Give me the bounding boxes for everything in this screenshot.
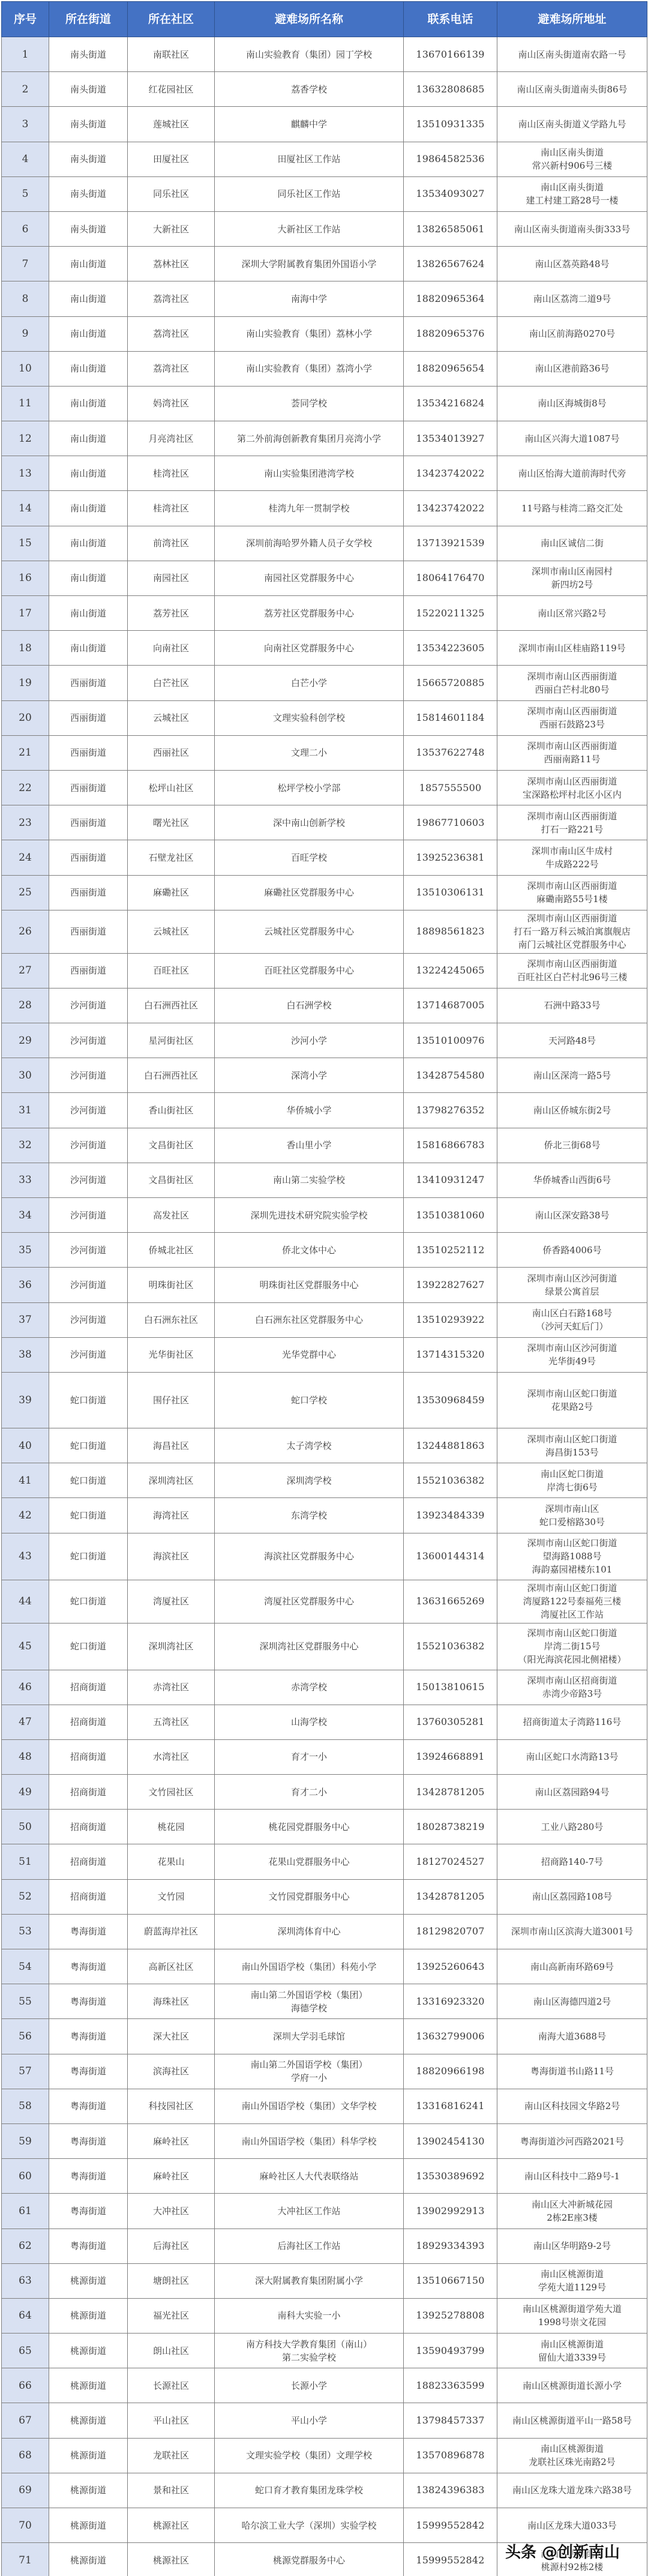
address-cell: 深圳市南山区沙河街道 绿景公寓首层 [497,1268,647,1302]
table-row: 47招商街道五湾社区山海学校13760305281招商街道太子湾路116号 [2,1705,647,1739]
street-cell: 蛇口街道 [49,1623,128,1670]
street-cell: 南头街道 [49,107,128,142]
phone-cell: 18129820707 [404,1914,497,1949]
row-index: 23 [2,805,49,840]
community-cell: 前湾社区 [128,526,215,561]
street-cell: 桃源街道 [49,2298,128,2333]
shelter-name-cell: 蛇口学校 [215,1372,404,1428]
table-row: 14南山街道桂湾社区桂湾九年一贯制学校1342374202211号路与桂湾二路交… [2,491,647,526]
shelter-name-cell: 桃源党群服务中心 [215,2543,404,2576]
phone-cell: 13713921539 [404,526,497,561]
row-index: 38 [2,1337,49,1372]
table-row: 6南头街道大新社区大新社区工作站13826585061南山区南头街道南头街333… [2,211,647,246]
community-cell: 香山街社区 [128,1093,215,1128]
shelter-name-cell: 深中南山创新学校 [215,805,404,840]
community-cell: 大新社区 [128,211,215,246]
row-index: 65 [2,2334,49,2368]
street-cell: 西丽街道 [49,840,128,875]
street-cell: 沙河街道 [49,1337,128,1372]
phone-cell: 15814601184 [404,700,497,735]
community-cell: 湾厦社区 [128,1580,215,1623]
community-cell: 向南社区 [128,631,215,666]
row-index: 40 [2,1428,49,1463]
phone-cell: 13530968459 [404,1372,497,1428]
community-cell: 云城社区 [128,700,215,735]
shelter-name-cell: 明珠街社区党群服务中心 [215,1268,404,1302]
community-cell: 水湾社区 [128,1739,215,1774]
community-cell: 白石洲西社区 [128,988,215,1023]
table-row: 44蛇口街道湾厦社区湾厦社区党群服务中心13631665269深圳市南山区蛇口街… [2,1580,647,1623]
phone-cell: 13632799006 [404,2019,497,2054]
phone-cell: 18929334393 [404,2228,497,2263]
street-cell: 粤海街道 [49,2054,128,2089]
community-cell: 桃花园 [128,1810,215,1844]
shelter-name-cell: 白石洲东社区党群服务中心 [215,1302,404,1337]
row-index: 48 [2,1739,49,1774]
street-cell: 南头街道 [49,211,128,246]
shelter-name-cell: 白石洲学校 [215,988,404,1023]
shelter-name-cell: 麻磡社区党群服务中心 [215,875,404,910]
table-row: 25西丽街道麻磡社区麻磡社区党群服务中心13510306131深圳市南山区西丽街… [2,875,647,910]
community-cell: 围仔社区 [128,1372,215,1428]
shelter-name-cell: 百旺学校 [215,840,404,875]
community-cell: 科技园社区 [128,2089,215,2123]
street-cell: 西丽街道 [49,953,128,988]
table-row: 54粤海街道高新区社区南山外国语学校（集团）科苑小学13925260643南山高… [2,1949,647,1984]
row-index: 10 [2,351,49,386]
address-cell: 深圳市南山区招商街道 赤湾少帝路3号 [497,1670,647,1705]
address-cell: 南海大道3688号 [497,2019,647,2054]
street-cell: 南头街道 [49,142,128,176]
street-cell: 南山街道 [49,631,128,666]
community-cell: 高发社区 [128,1198,215,1233]
phone-cell: 13760305281 [404,1705,497,1739]
shelter-name-cell: 大新社区工作站 [215,211,404,246]
table-row: 13南山街道桂湾社区南山实验集团港湾学校13423742022南山区怡海大道前海… [2,456,647,491]
row-index: 70 [2,2508,49,2543]
table-row: 37沙河街道白石洲东社区白石洲东社区党群服务中心13510293922南山区白石… [2,1302,647,1337]
shelter-name-cell: 南园社区党群服务中心 [215,561,404,595]
row-index: 19 [2,666,49,700]
community-cell: 田厦社区 [128,142,215,176]
address-cell: 南山区兴海大道1087号 [497,421,647,456]
community-cell: 海昌社区 [128,1428,215,1463]
row-index: 31 [2,1093,49,1128]
phone-cell: 18820965376 [404,316,497,351]
street-cell: 招商街道 [49,1844,128,1879]
address-cell: 南山区常兴路2号 [497,596,647,631]
row-index: 21 [2,735,49,770]
phone-cell: 13924668891 [404,1739,497,1774]
shelter-name-cell: 第二外前海创新教育集团月亮湾小学 [215,421,404,456]
community-cell: 白芒社区 [128,666,215,700]
shelter-name-cell: 南山外国语学校（集团）科苑小学 [215,1949,404,1984]
row-index: 11 [2,386,49,421]
street-cell: 西丽街道 [49,735,128,770]
table-row: 38沙河街道光华街社区光华党群中心13714315320深圳市南山区沙河街道 光… [2,1337,647,1372]
row-index: 1 [2,37,49,72]
street-cell: 粤海街道 [49,2123,128,2158]
shelter-name-cell: 深大附属教育集团附属小学 [215,2263,404,2298]
shelter-name-cell: 光华党群中心 [215,1337,404,1372]
phone-cell: 15521036382 [404,1463,497,1498]
address-cell: 11号路与桂湾二路交汇处 [497,491,647,526]
table-row: 36沙河街道明珠街社区明珠街社区党群服务中心13922827627深圳市南山区沙… [2,1268,647,1302]
street-cell: 招商街道 [49,1810,128,1844]
street-cell: 桃源街道 [49,2508,128,2543]
address-cell: 深圳市南山区西丽街道 西丽石鼓路23号 [497,700,647,735]
street-cell: 桃源街道 [49,2334,128,2368]
address-cell: 南山区诚信二街 [497,526,647,561]
shelter-name-cell: 云城社区党群服务中心 [215,910,404,953]
address-cell: 深圳市南山区西丽街道 宝深路松坪村北区小区内 [497,770,647,805]
row-index: 26 [2,910,49,953]
address-cell: 深圳市南山区滨海大道3001号 [497,1914,647,1949]
community-cell: 文竹园 [128,1879,215,1914]
phone-cell: 13510381060 [404,1198,497,1233]
phone-cell: 13534013927 [404,421,497,456]
community-cell: 蔚蓝海岸社区 [128,1914,215,1949]
community-cell: 文昌街社区 [128,1128,215,1163]
address-cell: 深圳市南山区蛇口街道 海昌街153号 [497,1428,647,1463]
street-cell: 南山街道 [49,526,128,561]
shelter-name-cell: 松坪学校小学部 [215,770,404,805]
phone-cell: 13925278808 [404,2298,497,2333]
row-index: 60 [2,2159,49,2194]
address-cell: 南山区龙珠大道033号 [497,2508,647,2543]
community-cell: 南园社区 [128,561,215,595]
address-cell: 深圳市南山区蛇口街道 湾厦路122号泰福苑三楼 湾厦社区工作站 [497,1580,647,1623]
table-row: 15南山街道前湾社区深圳前海哈罗外籍人员子女学校13713921539南山区诚信… [2,526,647,561]
table-row: 40蛇口街道海昌社区太子湾学校13244881863深圳市南山区蛇口街道 海昌街… [2,1428,647,1463]
street-cell: 招商街道 [49,1739,128,1774]
table-row: 49招商街道文竹园社区育才二小13428781205南山区荔园路94号 [2,1775,647,1810]
table-row: 9南山街道荔湾社区南山实验教育（集团）荔林小学18820965376南山区前海路… [2,316,647,351]
phone-cell: 13244881863 [404,1428,497,1463]
community-cell: 麻磡社区 [128,875,215,910]
community-cell: 麻岭社区 [128,2123,215,2158]
street-cell: 沙河街道 [49,1302,128,1337]
shelter-name-cell: 文理二小 [215,735,404,770]
street-cell: 蛇口街道 [49,1372,128,1428]
phone-cell: 13534223605 [404,631,497,666]
shelter-name-cell: 南山实验教育（集团）园丁学校 [215,37,404,72]
community-cell: 荔林社区 [128,247,215,281]
phone-cell: 15999552842 [404,2508,497,2543]
address-cell: 南山区桃源街道长源小学 [497,2368,647,2403]
address-cell: 南山区南头街道南农路一号 [497,37,647,72]
shelter-name-cell: 赤湾学校 [215,1670,404,1705]
address-cell: 深圳市南山区西丽街道 麻磡南路55号1楼 [497,875,647,910]
phone-cell: 13590493799 [404,2334,497,2368]
address-cell: 深圳市南山区蛇口街道 望海路1088号 海韵嘉园裙楼东101 [497,1533,647,1580]
street-cell: 南山街道 [49,491,128,526]
address-cell: 南山区荔园路94号 [497,1775,647,1810]
shelter-name-cell: 哈尔滨工业大学（深圳）实验学校 [215,2508,404,2543]
row-index: 50 [2,1810,49,1844]
street-cell: 南山街道 [49,247,128,281]
address-cell: 南山区深安路38号 [497,1198,647,1233]
shelter-name-cell: 南山实验集团港湾学校 [215,456,404,491]
phone-cell: 19864582536 [404,142,497,176]
shelter-name-cell: 麻岭社区人大代表联络站 [215,2159,404,2194]
phone-cell: 13922827627 [404,1268,497,1302]
shelter-name-cell: 荟同学校 [215,386,404,421]
community-cell: 荔湾社区 [128,316,215,351]
address-cell: 南山区桃源街道 留仙大道3339号 [497,2334,647,2368]
table-row: 60粤海街道麻岭社区麻岭社区人大代表联络站13530389692南山区科技中二路… [2,2159,647,2194]
phone-cell: 13798457337 [404,2403,497,2438]
table-row: 71桃源街道桃源社区桃源党群服务中心15999552842南山区桃源街道 桃源村… [2,2543,647,2576]
table-row: 53粤海街道蔚蓝海岸社区深圳湾体育中心18129820707深圳市南山区滨海大道… [2,1914,647,1949]
row-index: 9 [2,316,49,351]
street-cell: 南山街道 [49,281,128,316]
shelter-name-cell: 南山外国语学校（集团）文华学校 [215,2089,404,2123]
phone-cell: 1857555500 [404,770,497,805]
shelter-name-cell: 侨北文体中心 [215,1233,404,1268]
address-cell: 深圳市南山区西丽街道 西丽白芒村北80号 [497,666,647,700]
table-row: 24西丽街道石壁龙社区百旺学校13925236381深圳市南山区牛成村 牛成路2… [2,840,647,875]
phone-cell: 13798276352 [404,1093,497,1128]
community-cell: 海珠社区 [128,1984,215,2019]
row-index: 43 [2,1533,49,1580]
community-cell: 同乐社区 [128,176,215,211]
table-row: 65桃源街道朗山社区南方科技大学教育集团（南山） 第二实验学校135904937… [2,2334,647,2368]
row-index: 14 [2,491,49,526]
shelter-name-cell: 平山小学 [215,2403,404,2438]
phone-cell: 18820965654 [404,351,497,386]
community-cell: 塘朗社区 [128,2263,215,2298]
phone-cell: 13423742022 [404,491,497,526]
shelter-name-cell: 深圳前海哈罗外籍人员子女学校 [215,526,404,561]
phone-cell: 15816866783 [404,1128,497,1163]
community-cell: 桂湾社区 [128,456,215,491]
address-cell: 深圳市南山区南园村 新四坊2号 [497,561,647,595]
shelter-name-cell: 太子湾学校 [215,1428,404,1463]
shelter-name-cell: 蛇口育才教育集团龙珠学校 [215,2473,404,2508]
street-cell: 粤海街道 [49,2089,128,2123]
shelter-table: 序号 所在街道 所在社区 避难场所名称 联系电话 避难场所地址 1南头街道南联社… [1,1,647,2576]
row-index: 62 [2,2228,49,2263]
shelter-name-cell: 同乐社区工作站 [215,176,404,211]
shelter-name-cell: 东湾学校 [215,1498,404,1533]
row-index: 20 [2,700,49,735]
address-cell: 深圳市南山区西丽街道 百旺社区白芒村北96号三楼 [497,953,647,988]
row-index: 69 [2,2473,49,2508]
shelter-name-cell: 后海社区工作站 [215,2228,404,2263]
row-index: 2 [2,72,49,107]
street-cell: 桃源街道 [49,2368,128,2403]
table-row: 55粤海街道海珠社区南山第二外国语学校（集团） 海德学校13316923320南… [2,1984,647,2019]
street-cell: 南头街道 [49,72,128,107]
row-index: 34 [2,1198,49,1233]
row-index: 67 [2,2403,49,2438]
table-row: 18南山街道向南社区向南社区党群服务中心13534223605深圳市南山区桂庙路… [2,631,647,666]
address-cell: 深圳市南山区 蛇口爱榕路30号 [497,1498,647,1533]
community-cell: 侨城北社区 [128,1233,215,1268]
community-cell: 石壁龙社区 [128,840,215,875]
street-cell: 招商街道 [49,1775,128,1810]
row-index: 54 [2,1949,49,1984]
shelter-name-cell: 华侨城小学 [215,1093,404,1128]
row-index: 7 [2,247,49,281]
address-cell: 南山区荔园路108号 [497,1879,647,1914]
row-index: 59 [2,2123,49,2158]
shelter-name-cell: 沙河小学 [215,1023,404,1058]
shelter-name-cell: 深圳先进技术研究院实验学校 [215,1198,404,1233]
address-cell: 深圳市南山区沙河街道 光华街49号 [497,1337,647,1372]
table-row: 35沙河街道侨城北社区侨北文体中心13510252112侨香路4006号 [2,1233,647,1268]
phone-cell: 13824396383 [404,2473,497,2508]
table-row: 70桃源街道桃源社区哈尔滨工业大学（深圳）实验学校15999552842南山区龙… [2,2508,647,2543]
shelter-name-cell: 南山第二外国语学校（集团） 海德学校 [215,1984,404,2019]
table-row: 67桃源街道平山社区平山小学13798457337南山区桃源街道平山一路58号 [2,2403,647,2438]
table-row: 32沙河街道文昌街社区香山里小学15816866783侨北三街68号 [2,1128,647,1163]
table-row: 46招商街道赤湾社区赤湾学校15013810615深圳市南山区招商街道 赤湾少帝… [2,1670,647,1705]
shelter-name-cell: 湾厦社区党群服务中心 [215,1580,404,1623]
phone-cell: 13510293922 [404,1302,497,1337]
table-row: 52招商街道文竹园文竹园党群服务中心13428781205南山区荔园路108号 [2,1879,647,1914]
street-cell: 蛇口街道 [49,1463,128,1498]
table-row: 7南山街道荔林社区深圳大学附属教育集团外国语小学13826567624南山区荔英… [2,247,647,281]
table-row: 50招商街道桃花园桃花园党群服务中心18028738219工业八路280号 [2,1810,647,1844]
shelter-name-cell: 深圳湾学校 [215,1463,404,1498]
address-cell: 南山高新南环路69号 [497,1949,647,1984]
street-cell: 蛇口街道 [49,1533,128,1580]
table-row: 56粤海街道深大社区深圳大学羽毛球馆13632799006南海大道3688号 [2,2019,647,2054]
phone-cell: 13410931247 [404,1163,497,1197]
phone-cell: 13714315320 [404,1337,497,1372]
table-row: 42蛇口街道海湾社区东湾学校13923484339深圳市南山区 蛇口爱榕路30号 [2,1498,647,1533]
address-cell: 南山区桃源街道 龙联社区珠光南路2号 [497,2438,647,2473]
table-row: 41蛇口街道深圳湾社区深圳湾学校15521036382南山区蛇口街道 岸湾七街6… [2,1463,647,1498]
community-cell: 南联社区 [128,37,215,72]
street-cell: 南山街道 [49,386,128,421]
address-cell: 南山区南头街道南头街86号 [497,72,647,107]
table-row: 43蛇口街道海滨社区海滨社区党群服务中心13600144314深圳市南山区蛇口街… [2,1533,647,1580]
shelter-name-cell: 向南社区党群服务中心 [215,631,404,666]
address-cell: 石洲中路33号 [497,988,647,1023]
street-cell: 沙河街道 [49,1058,128,1093]
row-index: 64 [2,2298,49,2333]
community-cell: 白石洲东社区 [128,1302,215,1337]
community-cell: 荔芳社区 [128,596,215,631]
header-street: 所在街道 [49,2,128,37]
street-cell: 西丽街道 [49,666,128,700]
community-cell: 花果山 [128,1844,215,1879]
phone-cell: 18064176470 [404,561,497,595]
row-index: 49 [2,1775,49,1810]
row-index: 3 [2,107,49,142]
shelter-name-cell: 香山里小学 [215,1128,404,1163]
shelter-name-cell: 荔香学校 [215,72,404,107]
row-index: 25 [2,875,49,910]
table-row: 10南山街道荔湾社区南山实验教育（集团）荔湾小学18820965654南山区港前… [2,351,647,386]
address-cell: 南山区桃源街道平山一路58号 [497,2403,647,2438]
community-cell: 深大社区 [128,2019,215,2054]
address-cell: 深圳市南山区西丽街道 打石一路万科云城泊寓旗舰店 南门云城社区党群服务中心 [497,910,647,953]
row-index: 28 [2,988,49,1023]
street-cell: 招商街道 [49,1670,128,1705]
row-index: 30 [2,1058,49,1093]
shelter-name-cell: 文理实验学校（集团）文理学校 [215,2438,404,2473]
street-cell: 蛇口街道 [49,1498,128,1533]
table-row: 66桃源街道长源社区长源小学18823363599南山区桃源街道长源小学 [2,2368,647,2403]
table-row: 69桃源街道景和社区蛇口育才教育集团龙珠学校13824396383南山区龙珠大道… [2,2473,647,2508]
shelter-name-cell: 深圳大学羽毛球馆 [215,2019,404,2054]
address-cell: 招商街道太子湾路116号 [497,1705,647,1739]
address-cell: 深圳市南山区牛成村 牛成路222号 [497,840,647,875]
phone-cell: 13316816241 [404,2089,497,2123]
table-row: 62粤海街道后海社区后海社区工作站18929334393南山区华明路9-2号 [2,2228,647,2263]
table-row: 16南山街道南园社区南园社区党群服务中心18064176470深圳市南山区南园村… [2,561,647,595]
community-cell: 荔湾社区 [128,351,215,386]
community-cell: 明珠街社区 [128,1268,215,1302]
street-cell: 南山街道 [49,316,128,351]
row-index: 16 [2,561,49,595]
row-index: 58 [2,2089,49,2123]
street-cell: 粤海街道 [49,2228,128,2263]
shelter-name-cell: 长源小学 [215,2368,404,2403]
phone-cell: 13428754580 [404,1058,497,1093]
address-cell: 南山区蛇口水湾路13号 [497,1739,647,1774]
table-row: 63桃源街道塘朗社区深大附属教育集团附属小学13510667150南山区桃源街道… [2,2263,647,2298]
shelter-name-cell: 山海学校 [215,1705,404,1739]
header-index: 序号 [2,2,49,37]
row-index: 66 [2,2368,49,2403]
table-row: 39蛇口街道围仔社区蛇口学校13530968459深圳市南山区蛇口街道 花果路2… [2,1372,647,1428]
table-row: 22西丽街道松坪山社区松坪学校小学部1857555500深圳市南山区西丽街道 宝… [2,770,647,805]
phone-cell: 13826567624 [404,247,497,281]
street-cell: 西丽街道 [49,875,128,910]
street-cell: 沙河街道 [49,1093,128,1128]
shelter-name-cell: 深湾小学 [215,1058,404,1093]
phone-cell: 13428781205 [404,1775,497,1810]
table-row: 1南头街道南联社区南山实验教育（集团）园丁学校13670166139南山区南头街… [2,37,647,72]
community-cell: 高新区社区 [128,1949,215,1984]
address-cell: 深圳市南山区西丽街道 打石一路221号 [497,805,647,840]
phone-cell: 13537622748 [404,735,497,770]
address-cell: 南山区海城街8号 [497,386,647,421]
shelter-name-cell: 花果山党群服务中心 [215,1844,404,1879]
street-cell: 招商街道 [49,1705,128,1739]
row-index: 45 [2,1623,49,1670]
table-row: 58粤海街道科技园社区南山外国语学校（集团）文华学校13316816241南山区… [2,2089,647,2123]
community-cell: 海滨社区 [128,1533,215,1580]
address-cell: 深圳市南山区蛇口街道 花果路2号 [497,1372,647,1428]
address-cell: 南山区荔湾二道9号 [497,281,647,316]
phone-cell: 15521036382 [404,1623,497,1670]
street-cell: 南山街道 [49,421,128,456]
street-cell: 桃源街道 [49,2403,128,2438]
row-index: 57 [2,2054,49,2089]
phone-cell: 15013810615 [404,1670,497,1705]
row-index: 33 [2,1163,49,1197]
shelter-name-cell: 育才一小 [215,1739,404,1774]
table-row: 33沙河街道文昌街社区南山第二实验学校13410931247华侨城香山西街6号 [2,1163,647,1197]
row-index: 5 [2,176,49,211]
community-cell: 荔湾社区 [128,281,215,316]
street-cell: 桃源街道 [49,2543,128,2576]
row-index: 18 [2,631,49,666]
street-cell: 桃源街道 [49,2438,128,2473]
street-cell: 粤海街道 [49,1984,128,2019]
community-cell: 海湾社区 [128,1498,215,1533]
community-cell: 龙联社区 [128,2438,215,2473]
street-cell: 粤海街道 [49,1914,128,1949]
phone-cell: 13224245065 [404,953,497,988]
row-index: 37 [2,1302,49,1337]
